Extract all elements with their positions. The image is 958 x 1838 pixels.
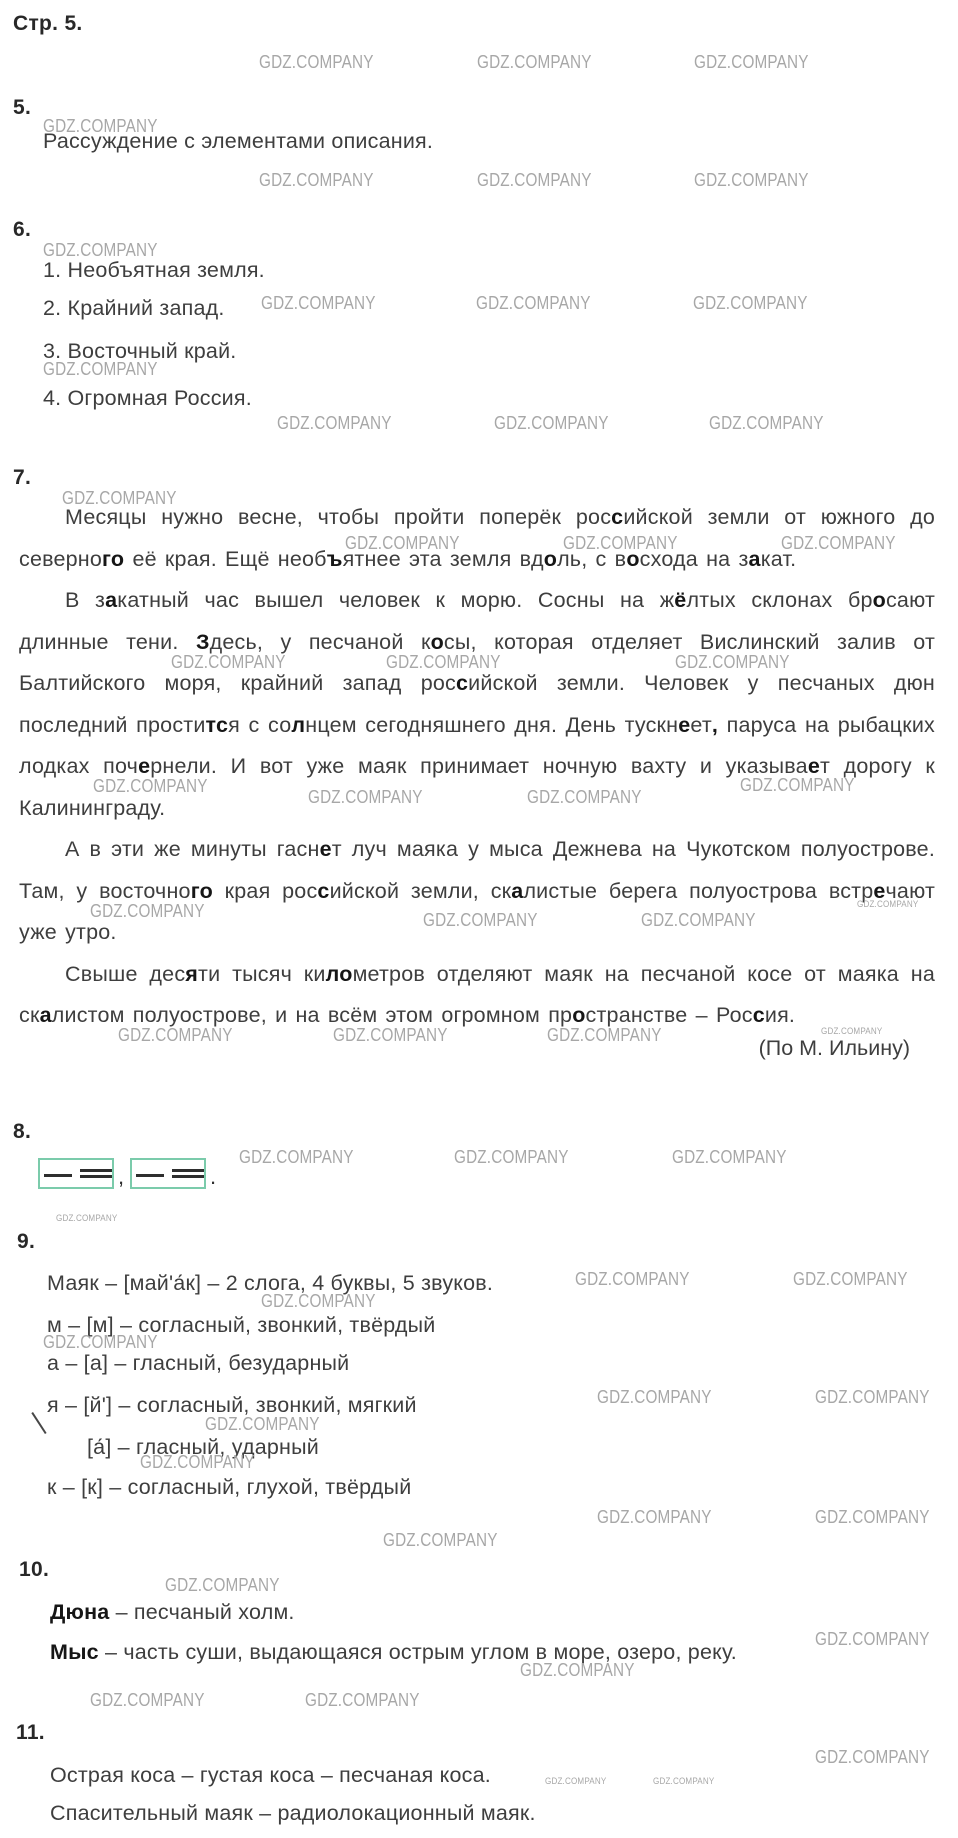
watermark-text: GDZ.COMPANY [43, 1332, 158, 1353]
watermark-text: GDZ.COMPANY [653, 1776, 714, 1787]
watermark-text: GDZ.COMPANY [345, 533, 460, 554]
watermark-text: GDZ.COMPANY [62, 488, 177, 509]
watermark-text: GDZ.COMPANY [694, 52, 809, 73]
watermark-text: GDZ.COMPANY [545, 1776, 606, 1787]
phrase-line: Спасительный маяк – радиолокационный мая… [50, 1801, 536, 1826]
watermark-text: GDZ.COMPANY [821, 1026, 882, 1037]
page-title: Стр. 5. [13, 12, 83, 36]
watermark-text: GDZ.COMPANY [520, 1660, 635, 1681]
watermark-text: GDZ.COMPANY [259, 170, 374, 191]
task-10-label: 10. [19, 1558, 49, 1582]
scheme-comma: , [118, 1164, 124, 1190]
watermark-text: GDZ.COMPANY [90, 901, 205, 922]
watermark-text: GDZ.COMPANY [261, 1291, 376, 1312]
watermark-text: GDZ.COMPANY [205, 1414, 320, 1435]
watermark-text: GDZ.COMPANY [476, 293, 591, 314]
watermark-text: GDZ.COMPANY [90, 1690, 205, 1711]
watermark-text: GDZ.COMPANY [815, 1629, 930, 1650]
watermark-text: GDZ.COMPANY [672, 1147, 787, 1168]
watermark-text: GDZ.COMPANY [477, 52, 592, 73]
sentence-scheme-box-1 [38, 1158, 114, 1189]
sentence-scheme-box-2 [130, 1158, 206, 1189]
definition-line: Дюна – песчаный холм. [50, 1600, 295, 1625]
predicate-line-top [80, 1169, 112, 1172]
watermark-text: GDZ.COMPANY [56, 1213, 117, 1224]
branch-line [31, 1412, 46, 1434]
scheme-period: . [210, 1164, 216, 1190]
task-9-label: 9. [17, 1230, 35, 1254]
watermark-text: GDZ.COMPANY [575, 1269, 690, 1290]
task-7-text: Месяцы нужно весне, чтобы пройти поперёк… [19, 497, 935, 1037]
watermark-text: GDZ.COMPANY [709, 413, 824, 434]
watermark-text: GDZ.COMPANY [93, 776, 208, 797]
watermark-text: GDZ.COMPANY [641, 910, 756, 931]
watermark-text: GDZ.COMPANY [333, 1025, 448, 1046]
watermark-text: GDZ.COMPANY [815, 1747, 930, 1768]
watermark-text: GDZ.COMPANY [171, 652, 286, 673]
task-6-item: 2. Крайний запад. [43, 296, 225, 321]
watermark-text: GDZ.COMPANY [494, 413, 609, 434]
watermark-text: GDZ.COMPANY [694, 170, 809, 191]
watermark-text: GDZ.COMPANY [597, 1507, 712, 1528]
watermark-text: GDZ.COMPANY [793, 1269, 908, 1290]
subject-line [136, 1174, 164, 1177]
watermark-text: GDZ.COMPANY [277, 413, 392, 434]
phrase-line: Острая коса – густая коса – песчаная кос… [50, 1763, 491, 1788]
watermark-text: GDZ.COMPANY [43, 359, 158, 380]
predicate-line-bottom [172, 1175, 204, 1178]
watermark-text: GDZ.COMPANY [563, 533, 678, 554]
watermark-text: GDZ.COMPANY [261, 293, 376, 314]
predicate-line-bottom [80, 1175, 112, 1178]
task-11-label: 11. [16, 1721, 45, 1745]
watermark-text: GDZ.COMPANY [693, 293, 808, 314]
watermark-text: GDZ.COMPANY [547, 1025, 662, 1046]
task-5-label: 5. [13, 96, 31, 120]
subject-line [44, 1174, 72, 1177]
watermark-text: GDZ.COMPANY [305, 1690, 420, 1711]
watermark-text: GDZ.COMPANY [781, 533, 896, 554]
watermark-text: GDZ.COMPANY [815, 1387, 930, 1408]
document-page: Стр. 5. 5. Рассуждение с элементами опис… [0, 0, 958, 1838]
task-6-label: 6. [13, 218, 31, 242]
watermark-text: GDZ.COMPANY [423, 910, 538, 931]
watermark-text: GDZ.COMPANY [259, 52, 374, 73]
task-7-paragraph: А в эти же минуты гаснет луч маяка у мыс… [19, 829, 935, 954]
watermark-text: GDZ.COMPANY [857, 899, 918, 910]
watermark-text: GDZ.COMPANY [386, 652, 501, 673]
phonetic-line-k: к – [к] – согласный, глухой, твёрдый [47, 1475, 411, 1500]
watermark-text: GDZ.COMPANY [815, 1507, 930, 1528]
watermark-text: GDZ.COMPANY [527, 787, 642, 808]
watermark-text: GDZ.COMPANY [239, 1147, 354, 1168]
task-6-item: 1. Необъятная земля. [43, 258, 265, 283]
task-7-author: (По М. Ильину) [620, 1036, 910, 1061]
watermark-text: GDZ.COMPANY [140, 1452, 255, 1473]
watermark-text: GDZ.COMPANY [308, 787, 423, 808]
watermark-text: GDZ.COMPANY [597, 1387, 712, 1408]
task-7-label: 7. [13, 466, 31, 490]
watermark-text: GDZ.COMPANY [477, 170, 592, 191]
task-6-item: 4. Огромная Россия. [43, 386, 252, 411]
task-8-label: 8. [13, 1120, 31, 1144]
watermark-text: GDZ.COMPANY [454, 1147, 569, 1168]
watermark-text: GDZ.COMPANY [43, 240, 158, 261]
watermark-text: GDZ.COMPANY [43, 116, 158, 137]
watermark-text: GDZ.COMPANY [383, 1530, 498, 1551]
watermark-text: GDZ.COMPANY [165, 1575, 280, 1596]
phonetic-line-a: а – [а] – гласный, безударный [47, 1351, 349, 1376]
watermark-text: GDZ.COMPANY [740, 775, 855, 796]
watermark-text: GDZ.COMPANY [675, 652, 790, 673]
watermark-text: GDZ.COMPANY [118, 1025, 233, 1046]
predicate-line-top [172, 1169, 204, 1172]
